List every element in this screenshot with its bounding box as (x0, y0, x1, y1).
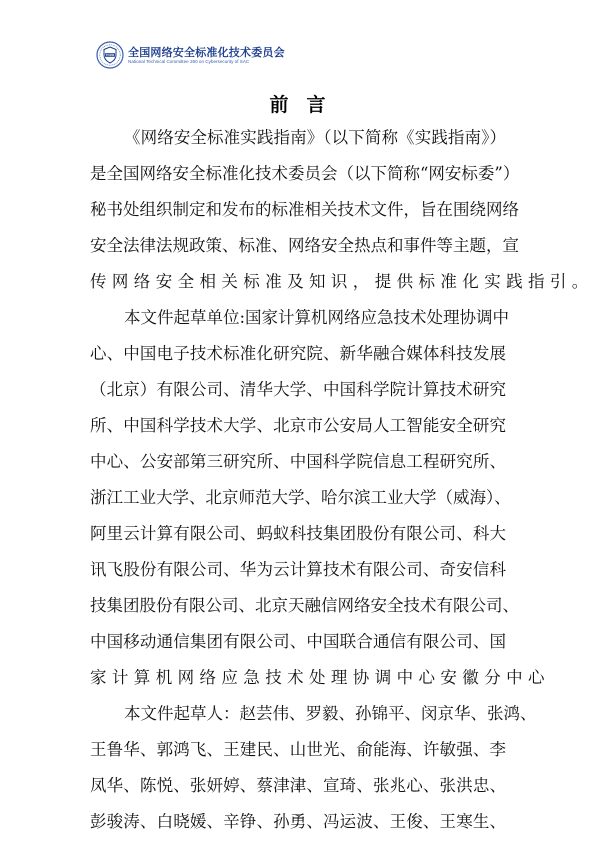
paragraph-drafting-units: 本文件起草单位:国家计算机网络应急技术处理协调中 心、中国电子技术标准化研究院、… (90, 300, 506, 696)
text-line: 所、中国科学技术大学、北京市公安局人工智能安全研究 (90, 408, 506, 444)
page-title: 前言 (0, 90, 595, 117)
organization-name: 全国网络安全标准化技术委员会 National Technical Commit… (128, 46, 285, 65)
text-line: 阿里云计算有限公司、蚂蚁科技集团股份有限公司、科大 (90, 516, 506, 552)
text-line: 本文件起草单位:国家计算机网络应急技术处理协调中 (90, 300, 506, 336)
org-name-cn: 全国网络安全标准化技术委员会 (128, 46, 285, 59)
text-line: 浙江工业大学、北京师范大学、哈尔滨工业大学（威海）、 (90, 480, 506, 516)
text-line: 讯飞股份有限公司、华为云计算技术有限公司、奇安信科 (90, 552, 506, 588)
tc260-logo-icon: TC260 (96, 41, 124, 69)
text-line: 中国移动通信集团有限公司、中国联合通信有限公司、国 (90, 624, 506, 660)
paragraph-intro: 《网络安全标准实践指南》（以下简称《实践指南》） 是全国网络安全标准化技术委员会… (90, 120, 506, 300)
text-line: 本文件起草人：赵芸伟、罗毅、孙锦平、闵京华、张鸿、 (90, 696, 506, 732)
paragraph-drafters: 本文件起草人：赵芸伟、罗毅、孙锦平、闵京华、张鸿、 王鲁华、郭鸿飞、王建民、山世… (90, 696, 506, 840)
text-line: 《网络安全标准实践指南》（以下简称《实践指南》） (90, 120, 506, 156)
document-body: 《网络安全标准实践指南》（以下简称《实践指南》） 是全国网络安全标准化技术委员会… (90, 120, 506, 840)
text-line: 家计算机网络应急技术处理协调中心安徽分中心 (90, 660, 506, 696)
text-line: 技集团股份有限公司、北京天融信网络安全技术有限公司、 (90, 588, 506, 624)
text-line: 传网络安全相关标准及知识，提供标准化实践指引。 (90, 264, 506, 300)
page-number: I (0, 782, 595, 792)
text-line: 心、中国电子技术标准化研究院、新华融合媒体科技发展 (90, 336, 506, 372)
svg-text:TC260: TC260 (106, 53, 115, 57)
page-header: TC260 全国网络安全标准化技术委员会 National Technical … (96, 40, 285, 70)
text-line: 秘书处组织制定和发布的标准相关技术文件，旨在围绕网络 (90, 192, 506, 228)
text-line: 彭骏涛、白晓媛、辛铮、孙勇、冯运波、王俊、王寒生、 (90, 804, 506, 840)
text-line: （北京）有限公司、清华大学、中国科学院计算技术研究 (90, 372, 506, 408)
text-line: 安全法律法规政策、标准、网络安全热点和事件等主题，宣 (90, 228, 506, 264)
org-name-en: National Technical Committee 260 on Cybe… (128, 59, 285, 65)
text-line: 是全国网络安全标准化技术委员会（以下简称“网安标委”） (90, 156, 506, 192)
text-line: 中心、公安部第三研究所、中国科学院信息工程研究所、 (90, 444, 506, 480)
text-line: 王鲁华、郭鸿飞、王建民、山世光、俞能海、许敏强、李 (90, 732, 506, 768)
